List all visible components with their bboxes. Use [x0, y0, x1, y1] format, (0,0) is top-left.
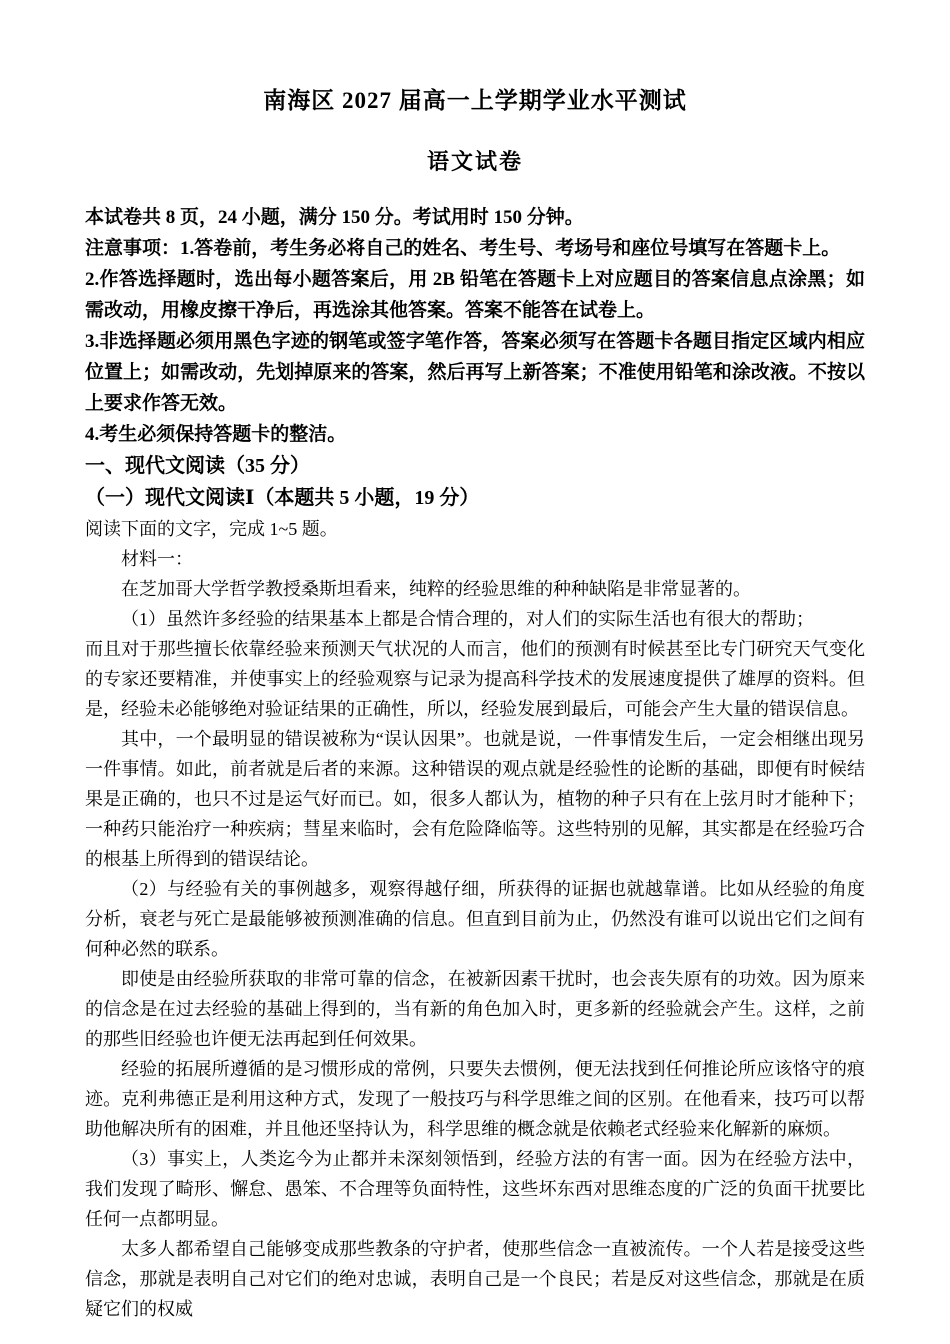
page-title: 南海区 2027 届高一上学期学业水平测试	[85, 82, 865, 115]
passage-paragraph: 其中，一个最明显的错误被称为“误认因果”。也就是说，一件事情发生后，一定会相继出…	[85, 724, 865, 874]
exam-paper-page: 南海区 2027 届高一上学期学业水平测试 语文试卷 本试卷共 8 页，24 小…	[0, 0, 950, 1344]
page-subtitle: 语文试卷	[85, 145, 865, 176]
reading-instruction: 阅读下面的文字，完成 1~5 题。	[85, 514, 865, 544]
subsection-heading: （一）现代文阅读Ⅰ（本题共 5 小题，19 分）	[85, 482, 865, 514]
passage-paragraph: 即使是由经验所获取的非常可靠的信念，在被新因素干扰时，也会丧失原有的功效。因为原…	[85, 964, 865, 1054]
section-heading: 一、现代文阅读（35 分）	[85, 450, 865, 482]
passage-paragraph: 经验的拓展所遵循的是习惯形成的常例，只要失去惯例，便无法找到任何推论所应该恪守的…	[85, 1054, 865, 1144]
notice-line: 2.作答选择题时，选出每小题答案后，用 2B 铅笔在答题卡上对应题目的答案信息点…	[85, 264, 865, 326]
notice-line: 3.非选择题必须用黑色字迹的钢笔或签字笔作答，答案必须写在答题卡各题目指定区域内…	[85, 326, 865, 419]
exam-notices: 本试卷共 8 页，24 小题，满分 150 分。考试用时 150 分钟。 注意事…	[85, 202, 865, 450]
notice-line: 本试卷共 8 页，24 小题，满分 150 分。考试用时 150 分钟。	[85, 202, 865, 233]
passage-paragraph: （2）与经验有关的事例越多，观察得越仔细，所获得的证据也就越靠谱。比如从经验的角…	[85, 874, 865, 964]
passage-paragraph: （3）事实上，人类迄今为止都并未深刻领悟到，经验方法的有害一面。因为在经验方法中…	[85, 1144, 865, 1234]
notice-line: 4.考生必须保持答题卡的整洁。	[85, 419, 865, 450]
material-label: 材料一：	[85, 544, 865, 574]
notice-line: 注意事项：1.答卷前，考生务必将自己的姓名、考生号、考场号和座位号填写在答题卡上…	[85, 233, 865, 264]
passage-paragraph: 太多人都希望自己能够变成那些教条的守护者，使那些信念一直被流传。一个人若是接受这…	[85, 1234, 865, 1324]
passage-paragraph: 在芝加哥大学哲学教授桑斯坦看来，纯粹的经验思维的种种缺陷是非常显著的。	[85, 574, 865, 604]
passage-paragraph: 而且对于那些擅长依靠经验来预测天气状况的人而言，他们的预测有时候甚至比专门研究天…	[85, 634, 865, 724]
passage-paragraph: （1）虽然许多经验的结果基本上都是合情合理的，对人们的实际生活也有很大的帮助；	[85, 604, 865, 634]
reading-passage: 在芝加哥大学哲学教授桑斯坦看来，纯粹的经验思维的种种缺陷是非常显著的。 （1）虽…	[85, 574, 865, 1324]
